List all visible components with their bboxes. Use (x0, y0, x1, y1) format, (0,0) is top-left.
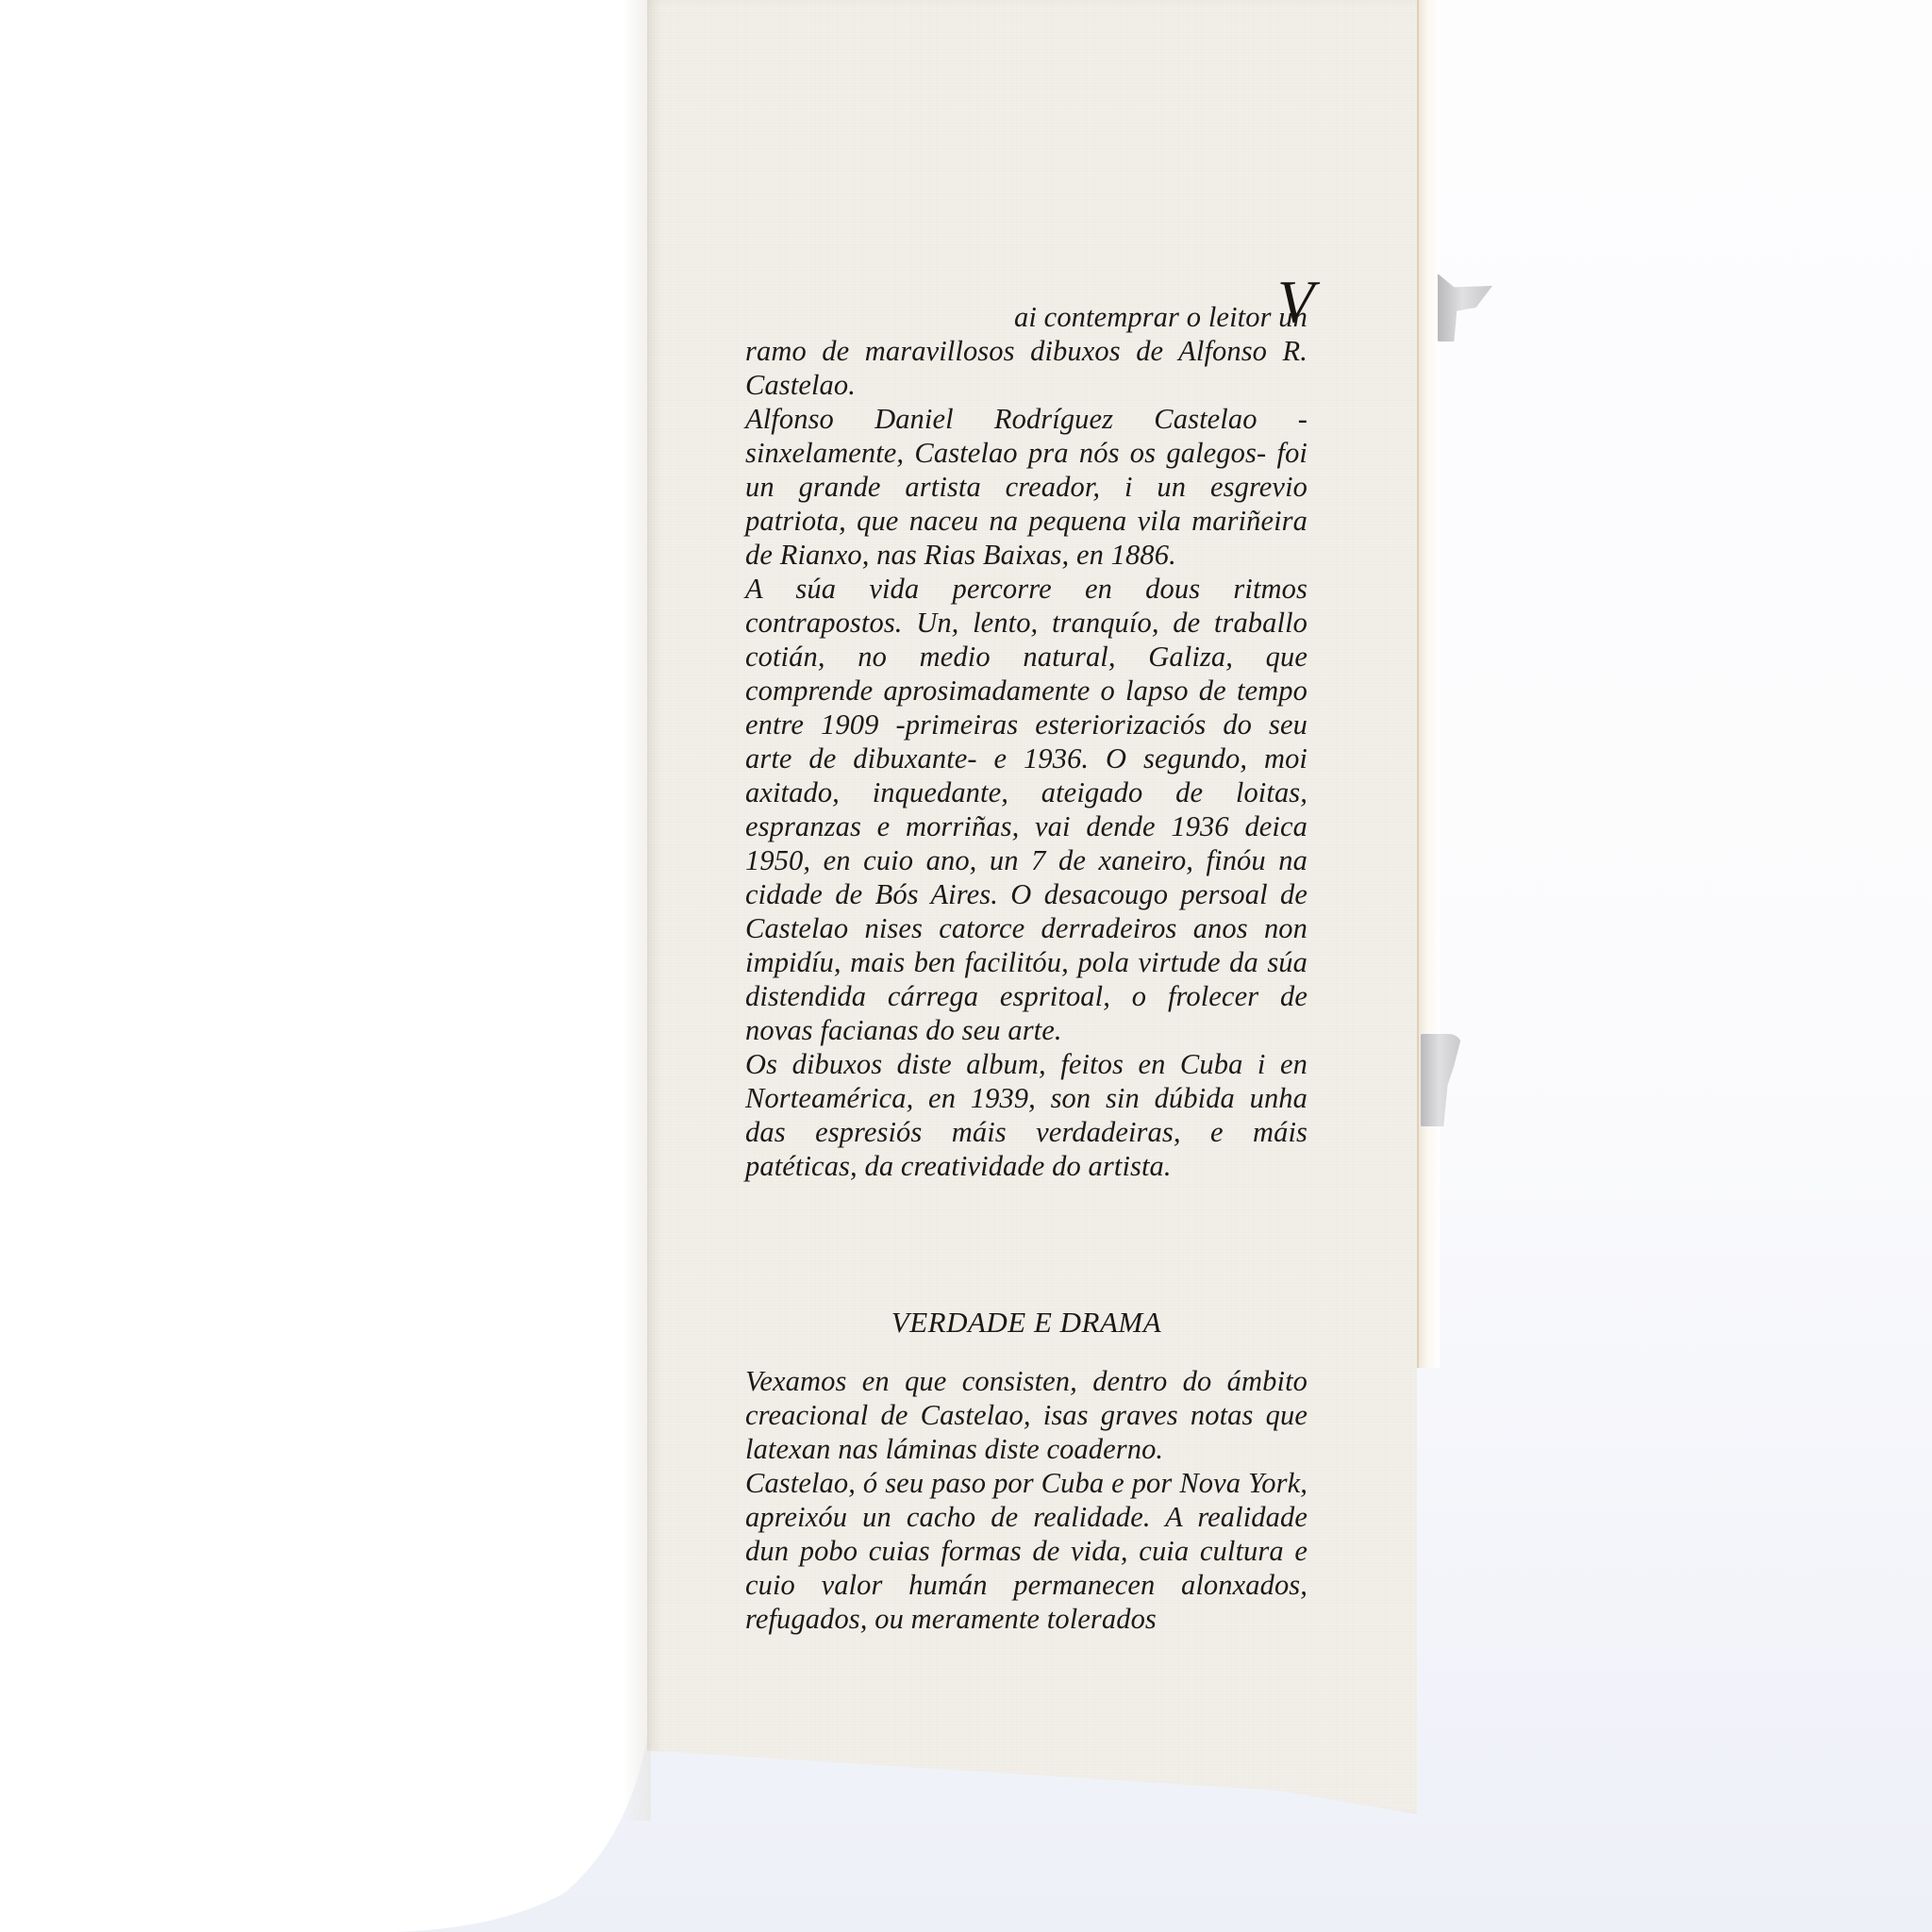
gutter-shadow (623, 0, 651, 1821)
opening-paragraph: V ai contemprar o leitor un ramo de mara… (745, 300, 1307, 402)
drop-cap: V (1008, 272, 1314, 332)
paragraph-life-rhythms: A súa vida percorre en dous ritmos contr… (745, 572, 1307, 1047)
tape-tab-top (1438, 274, 1492, 341)
blank-left-page (0, 0, 651, 1932)
verdade-drama-section: Vexamos en que consisten, dentro do ámbi… (745, 1364, 1307, 1636)
intro-section: V ai contemprar o leitor un ramo de mara… (745, 300, 1307, 1183)
paragraph-album: Os dibuxos diste album, feitos en Cuba i… (745, 1047, 1307, 1183)
tape-tab-middle (1421, 1034, 1462, 1126)
paragraph-biography: Alfonso Daniel Rodríguez Castelao -sinxe… (745, 402, 1307, 572)
page-stack-edge (1417, 0, 1440, 1368)
paragraph-consisten: Vexamos en que consisten, dentro do ámbi… (745, 1364, 1307, 1466)
section-heading: VERDADE E DRAMA (745, 1306, 1307, 1340)
paragraph-cuba-nova-york: Castelao, ó seu paso por Cuba e por Nova… (745, 1466, 1307, 1636)
